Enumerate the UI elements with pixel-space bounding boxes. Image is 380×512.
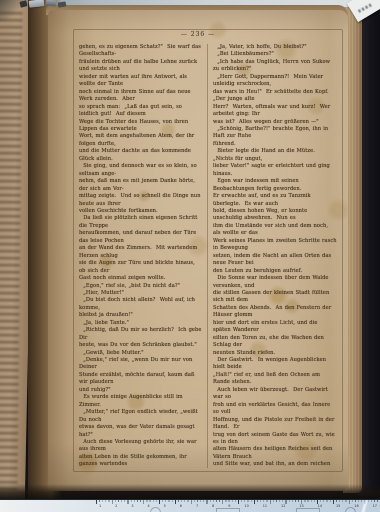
ruler-glare bbox=[352, 500, 378, 512]
page-clip bbox=[46, 0, 56, 6]
ruler-number: 3 bbox=[131, 504, 133, 508]
ruler-number: 13 bbox=[299, 504, 303, 508]
ruler-number: 8 bbox=[212, 504, 214, 508]
book-page: — 236 — gehen, es zu eigenem Schatz?" Si… bbox=[48, 10, 348, 491]
ruler-stencil-slot bbox=[296, 508, 320, 512]
ruler-number: 6 bbox=[180, 504, 182, 508]
ruler-number: 12 bbox=[281, 504, 285, 508]
ruler-number: 14 bbox=[318, 504, 322, 508]
ruler-number: 15 bbox=[336, 504, 340, 508]
ruler-number: 4 bbox=[147, 504, 149, 508]
ruler-number: 9 bbox=[228, 504, 230, 508]
ruler-scale-numbers: 1234567891011121314151617 bbox=[96, 504, 380, 508]
ruler-stencil-circle bbox=[150, 507, 161, 512]
text-column-right: „Ja, Vater, ich hoffe, Du bleibst?" „Bei… bbox=[207, 44, 337, 468]
ruler-number: 2 bbox=[115, 504, 117, 508]
text-block: gehen, es zu eigenem Schatz?" Sie warf d… bbox=[79, 44, 337, 468]
ruler-number: 7 bbox=[196, 504, 198, 508]
ruler-stencil-slot bbox=[216, 508, 240, 512]
text-column-left: gehen, es zu eigenem Schatz?" Sie warf d… bbox=[79, 44, 207, 468]
ruler-number: 1 bbox=[99, 504, 101, 508]
tag-smudge-mark bbox=[358, 3, 374, 13]
ruler-number: 11 bbox=[263, 504, 267, 508]
measuring-ruler: 1234567891011121314151617 bbox=[0, 499, 380, 512]
page-number: — 236 — bbox=[48, 31, 348, 39]
opposite-page-blurred-text bbox=[0, 10, 23, 490]
ruler-number: 10 bbox=[244, 504, 248, 508]
ruler-number: 5 bbox=[164, 504, 166, 508]
book-photo: — 236 — gehen, es zu eigenem Schatz?" Si… bbox=[0, 0, 380, 512]
